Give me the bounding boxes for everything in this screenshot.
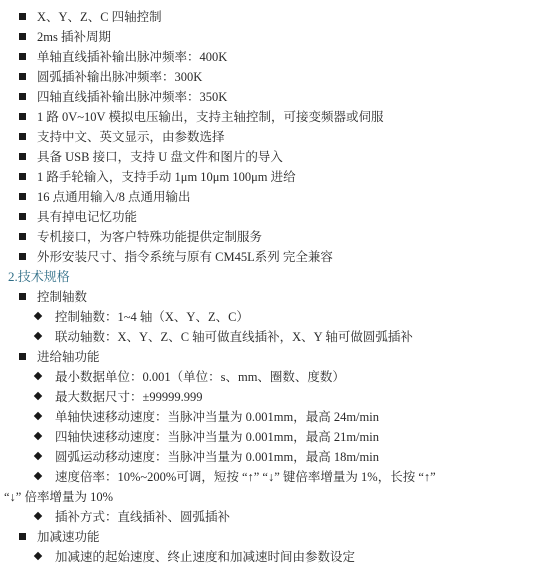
bullet-item: 圆弧插补输出脉冲频率：300K [0, 66, 551, 86]
wrapped-line: “↓” 倍率增量为 10% [0, 486, 551, 506]
sub-bullet-item: 最小数据单位：0.001（单位：s、mm、圈数、度数） [0, 366, 551, 386]
diamond-bullet-icon [34, 452, 42, 460]
sub-bullet-item-text: 联动轴数：X、Y、Z、C 轴可做直线插补，X、Y 轴可做圆弧插补 [55, 330, 413, 344]
bullet-item: X、Y、Z、C 四轴控制 [0, 6, 551, 26]
wrapped-line-text: “↓” 倍率增量为 10% [4, 490, 113, 504]
bullet-item-text: 外形安装尺寸、指令系统与原有 CM45L系列 完全兼容 [37, 250, 333, 264]
sub-bullet-item-text: 最小数据单位：0.001（单位：s、mm、圈数、度数） [55, 370, 345, 384]
bullet-item: 支持中文、英文显示，由参数选择 [0, 126, 551, 146]
bullet-item: 加减速功能 [0, 526, 551, 546]
sub-bullet-item: 圆弧运动移动速度：当脉冲当量为 0.001mm，最高 18m/min [0, 446, 551, 466]
sub-bullet-item: 速度倍率：10%~200%可调，短按 “↑” “↓” 键倍率增量为 1%，长按 … [0, 466, 551, 486]
document-page: X、Y、Z、C 四轴控制2ms 插补周期单轴直线插补输出脉冲频率：400K圆弧插… [0, 0, 551, 565]
bullet-item-text: 具有掉电记忆功能 [37, 210, 137, 224]
bullet-item: 具备 USB 接口，支持 U 盘文件和图片的导入 [0, 146, 551, 166]
bullet-item: 1 路 0V~10V 模拟电压输出，支持主轴控制，可接变频器或伺服 [0, 106, 551, 126]
diamond-bullet-icon [34, 372, 42, 380]
sub-bullet-item: 最大数据尺寸：±99999.999 [0, 386, 551, 406]
bullet-item-text: 2ms 插补周期 [37, 30, 111, 44]
sub-bullet-item-text: 最大数据尺寸：±99999.999 [55, 390, 203, 404]
square-bullet-icon [19, 173, 26, 180]
bullet-item: 四轴直线插补输出脉冲频率：350K [0, 86, 551, 106]
document-lines: X、Y、Z、C 四轴控制2ms 插补周期单轴直线插补输出脉冲频率：400K圆弧插… [0, 6, 551, 565]
bullet-item: 进给轴功能 [0, 346, 551, 366]
square-bullet-icon [19, 193, 26, 200]
bullet-item-text: 1 路手轮输入，支持手动 1μm 10μm 100μm 进给 [37, 170, 296, 184]
sub-bullet-item: 插补方式：直线插补、圆弧插补 [0, 506, 551, 526]
diamond-bullet-icon [34, 512, 42, 520]
square-bullet-icon [19, 133, 26, 140]
diamond-bullet-icon [34, 412, 42, 420]
bullet-item-text: X、Y、Z、C 四轴控制 [37, 10, 162, 24]
sub-bullet-item: 四轴快速移动速度：当脉冲当量为 0.001mm，最高 21m/min [0, 426, 551, 446]
square-bullet-icon [19, 353, 26, 360]
sub-bullet-item-text: 单轴快速移动速度：当脉冲当量为 0.001mm，最高 24m/min [55, 410, 379, 424]
square-bullet-icon [19, 153, 26, 160]
square-bullet-icon [19, 113, 26, 120]
bullet-item-text: 单轴直线插补输出脉冲频率：400K [37, 50, 227, 64]
sub-bullet-item: 加减速的起始速度、终止速度和加减速时间由参数设定 [0, 546, 551, 565]
diamond-bullet-icon [34, 552, 42, 560]
square-bullet-icon [19, 253, 26, 260]
sub-bullet-item-text: 控制轴数：1~4 轴（X、Y、Z、C） [55, 310, 249, 324]
sub-bullet-item-text: 加减速的起始速度、终止速度和加减速时间由参数设定 [55, 550, 355, 564]
square-bullet-icon [19, 73, 26, 80]
bullet-item-text: 支持中文、英文显示，由参数选择 [37, 130, 225, 144]
bullet-item-text: 进给轴功能 [37, 350, 100, 364]
square-bullet-icon [19, 33, 26, 40]
section-heading-text: 2.技术规格 [8, 269, 70, 284]
diamond-bullet-icon [34, 472, 42, 480]
sub-bullet-item-text: 插补方式：直线插补、圆弧插补 [55, 510, 230, 524]
diamond-bullet-icon [34, 432, 42, 440]
bullet-item: 单轴直线插补输出脉冲频率：400K [0, 46, 551, 66]
diamond-bullet-icon [34, 332, 42, 340]
square-bullet-icon [19, 533, 26, 540]
sub-bullet-item: 控制轴数：1~4 轴（X、Y、Z、C） [0, 306, 551, 326]
bullet-item-text: 控制轴数 [37, 290, 87, 304]
bullet-item-text: 四轴直线插补输出脉冲频率：350K [37, 90, 227, 104]
bullet-item-text: 1 路 0V~10V 模拟电压输出，支持主轴控制，可接变频器或伺服 [37, 110, 383, 124]
bullet-item: 具有掉电记忆功能 [0, 206, 551, 226]
bullet-item: 16 点通用输入/8 点通用输出 [0, 186, 551, 206]
bullet-item-text: 专机接口，为客户特殊功能提供定制服务 [37, 230, 262, 244]
square-bullet-icon [19, 293, 26, 300]
bullet-item-text: 具备 USB 接口，支持 U 盘文件和图片的导入 [37, 150, 283, 164]
diamond-bullet-icon [34, 312, 42, 320]
bullet-item-text: 加减速功能 [37, 530, 100, 544]
section-heading: 2.技术规格 [0, 266, 551, 286]
sub-bullet-item: 单轴快速移动速度：当脉冲当量为 0.001mm，最高 24m/min [0, 406, 551, 426]
square-bullet-icon [19, 13, 26, 20]
bullet-item: 外形安装尺寸、指令系统与原有 CM45L系列 完全兼容 [0, 246, 551, 266]
bullet-item: 控制轴数 [0, 286, 551, 306]
sub-bullet-item-text: 圆弧运动移动速度：当脉冲当量为 0.001mm，最高 18m/min [55, 450, 379, 464]
bullet-item: 2ms 插补周期 [0, 26, 551, 46]
sub-bullet-item-text: 四轴快速移动速度：当脉冲当量为 0.001mm，最高 21m/min [55, 430, 379, 444]
bullet-item: 专机接口，为客户特殊功能提供定制服务 [0, 226, 551, 246]
sub-bullet-item: 联动轴数：X、Y、Z、C 轴可做直线插补，X、Y 轴可做圆弧插补 [0, 326, 551, 346]
bullet-item: 1 路手轮输入，支持手动 1μm 10μm 100μm 进给 [0, 166, 551, 186]
square-bullet-icon [19, 53, 26, 60]
bullet-item-text: 圆弧插补输出脉冲频率：300K [37, 70, 202, 84]
square-bullet-icon [19, 213, 26, 220]
square-bullet-icon [19, 93, 26, 100]
sub-bullet-item-text: 速度倍率：10%~200%可调，短按 “↑” “↓” 键倍率增量为 1%，长按 … [55, 470, 436, 484]
bullet-item-text: 16 点通用输入/8 点通用输出 [37, 190, 190, 204]
diamond-bullet-icon [34, 392, 42, 400]
square-bullet-icon [19, 233, 26, 240]
